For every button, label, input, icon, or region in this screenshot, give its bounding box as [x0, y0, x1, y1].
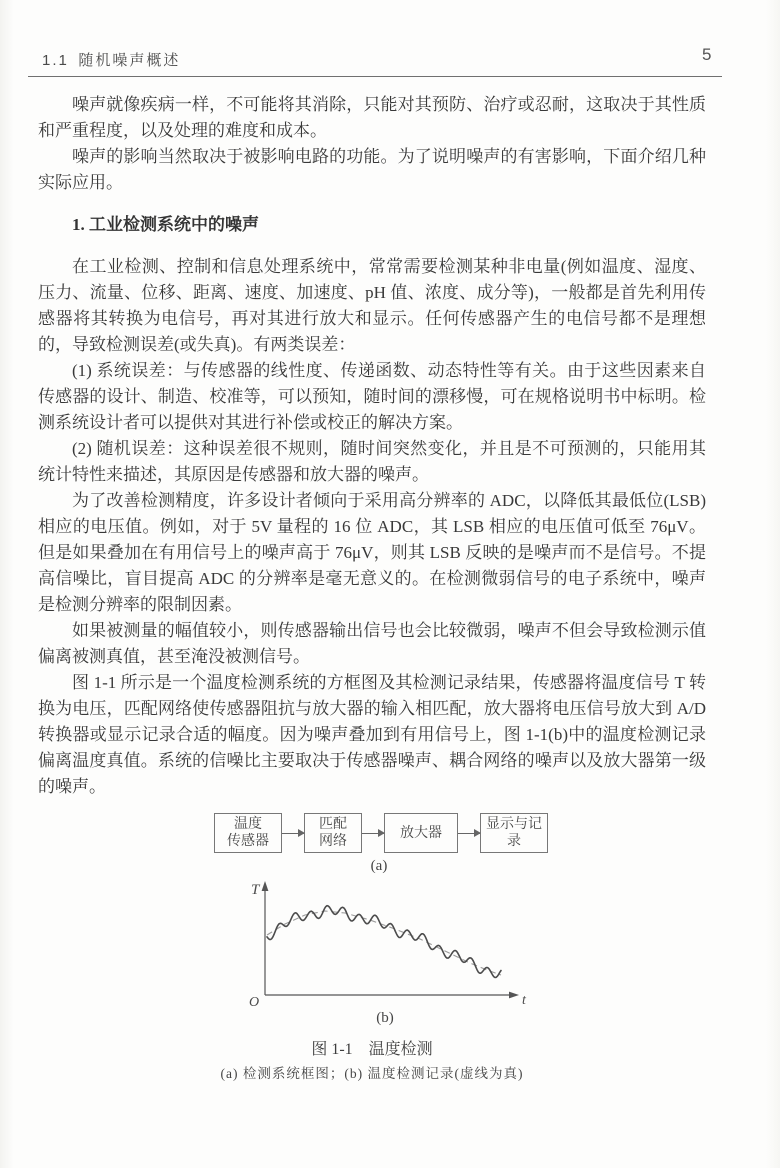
running-header-section: 1.1 随机噪声概述 [42, 49, 180, 70]
paragraph-7: 如果被测量的幅值较小，则传感器输出信号也会比较微弱，噪声不但会导致检测示值偏离被… [38, 618, 706, 670]
page-number: 5 [702, 45, 711, 65]
paragraph-2: 噪声的影响当然取决于被影响电路的功能。为了说明噪声的有害影响，下面介绍几种实际应… [38, 144, 706, 196]
figure-caption-title: 图 1-1 温度检测 [38, 1036, 706, 1059]
diagram-box-temperature-sensor: 温度传感器 [214, 813, 282, 853]
chart-sublabel-b: (b) [225, 1010, 545, 1027]
flow-arrow-icon [282, 833, 304, 834]
header-rule [28, 76, 722, 77]
temperature-chart: T O t [225, 876, 545, 1008]
flow-arrow-icon [362, 833, 384, 834]
origin-label: O [249, 995, 259, 1008]
x-axis-label: t [522, 993, 527, 1008]
paragraph-5: (2) 随机误差：这种误差很不规则，随时间突然变化，并且是不可预测的，只能用其统… [38, 436, 706, 488]
x-axis-arrow-icon [509, 992, 519, 999]
diagram-box-display-recorder: 显示与记录 [480, 813, 548, 853]
flow-arrow-icon [458, 833, 480, 834]
diagram-sublabel-a: (a) [214, 858, 544, 875]
paragraph-6: 为了改善检测精度，许多设计者倾向于采用高分辨率的 ADC，以降低其最低位(LSB… [38, 488, 706, 618]
paragraph-1: 噪声就像疾病一样，不可能将其消除，只能对其预防、治疗或忍耐，这取决于其性质和严重… [38, 92, 706, 144]
book-page: 1.1 随机噪声概述 5 噪声就像疾病一样，不可能将其消除，只能对其预防、治疗或… [0, 0, 780, 1168]
block-diagram: 温度传感器匹配网络放大器显示与记录 [214, 812, 548, 854]
paragraph-8: 图 1-1 所示是一个温度检测系统的方框图及其检测记录结果，传感器将温度信号 T… [38, 670, 706, 800]
y-axis-label: T [251, 882, 261, 898]
figure-caption-sub: (a) 检测系统框图；(b) 温度检测记录(虚线为真) [38, 1062, 706, 1082]
paragraph-3: 在工业检测、控制和信息处理系统中，常常需要检测某种非电量(例如温度、湿度、压力、… [38, 254, 706, 358]
noisy-record-line [267, 906, 501, 978]
paragraph-4: (1) 系统误差：与传感器的线性度、传递函数、动态特性等有关。由于这些因素来自传… [38, 358, 706, 436]
section-heading: 1. 工业检测系统中的噪声 [38, 212, 706, 238]
y-axis-arrow-icon [262, 881, 269, 891]
body-text: 噪声就像疾病一样，不可能将其消除，只能对其预防、治疗或忍耐，这取决于其性质和严重… [38, 92, 706, 800]
diagram-box-amplifier: 放大器 [384, 813, 458, 853]
diagram-box-matching-network: 匹配网络 [304, 813, 362, 853]
